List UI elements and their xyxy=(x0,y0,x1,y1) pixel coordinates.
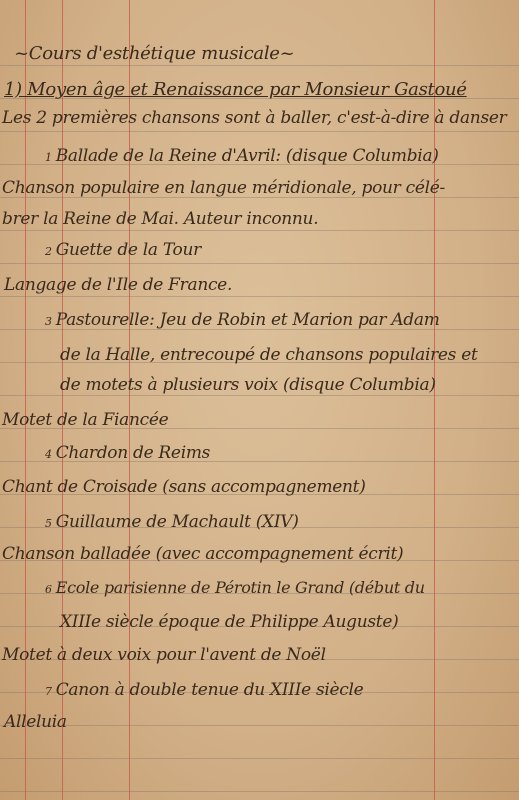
item-note: Alleluia xyxy=(4,712,67,732)
item-number: 5 xyxy=(45,517,52,530)
ruled-line xyxy=(0,758,519,759)
item-title: Ecole parisienne de Pérotin le Grand (dé… xyxy=(56,578,425,597)
item-title: Chardon de Reims xyxy=(56,443,210,463)
item-4: 4Chardon de Reims xyxy=(45,443,210,465)
item-note: Chanson balladée (avec accompagnement éc… xyxy=(2,544,403,564)
item-1: 1Ballade de la Reine d'Avril: (disque Co… xyxy=(45,146,439,168)
ruled-line xyxy=(0,65,519,66)
intro-text: Les 2 premières chansons sont à baller, … xyxy=(2,108,506,128)
item-number: 1 xyxy=(45,151,52,164)
item-7: 7Canon à double tenue du XIIIe siècle xyxy=(45,680,363,702)
item-number: 3 xyxy=(45,315,52,328)
item-continuation: de la Halle, entrecoupé de chansons popu… xyxy=(60,345,478,365)
notebook-page: ~Cours d'esthétique musicale~ 1) Moyen â… xyxy=(0,0,519,800)
item-number: 7 xyxy=(45,685,52,698)
item-2: 2Guette de la Tour xyxy=(45,240,201,262)
ruled-line xyxy=(0,725,519,726)
item-title: Guette de la Tour xyxy=(56,240,201,260)
item-6: 6Ecole parisienne de Pérotin le Grand (d… xyxy=(45,578,425,600)
item-title: Pastourelle: Jeu de Robin et Marion par … xyxy=(56,310,440,330)
item-note: Langage de l'Ile de France. xyxy=(4,275,232,295)
item-number: 6 xyxy=(45,583,52,596)
ruled-line xyxy=(0,791,519,792)
item-continuation: de motets à plusieurs voix (disque Colum… xyxy=(60,375,436,395)
ruled-line xyxy=(0,395,519,396)
item-note: brer la Reine de Mai. Auteur inconnu. xyxy=(2,209,318,229)
ruled-line xyxy=(0,296,519,297)
item-title: Guillaume de Machault (XIV) xyxy=(56,512,299,532)
item-note: Chanson populaire en langue méridionale,… xyxy=(2,178,445,198)
ruled-line xyxy=(0,131,519,132)
item-note: Chant de Croisade (sans accompagnement) xyxy=(2,477,366,497)
item-number: 4 xyxy=(45,448,52,461)
document-title: ~Cours d'esthétique musicale~ xyxy=(14,44,294,64)
section-heading: 1) Moyen âge et Renaissance par Monsieur… xyxy=(4,80,467,100)
item-title: Ballade de la Reine d'Avril: (disque Col… xyxy=(56,146,439,166)
item-note: Motet à deux voix pour l'avent de Noël xyxy=(2,645,326,665)
ruled-line xyxy=(0,230,519,231)
item-3: 3Pastourelle: Jeu de Robin et Marion par… xyxy=(45,310,440,332)
item-number: 2 xyxy=(45,245,52,258)
item-continuation: XIIIe siècle époque de Philippe Auguste) xyxy=(60,612,398,632)
item-note: Motet de la Fiancée xyxy=(2,410,168,430)
item-title: Canon à double tenue du XIIIe siècle xyxy=(56,680,364,700)
ruled-line xyxy=(0,263,519,264)
item-5: 5Guillaume de Machault (XIV) xyxy=(45,512,299,534)
